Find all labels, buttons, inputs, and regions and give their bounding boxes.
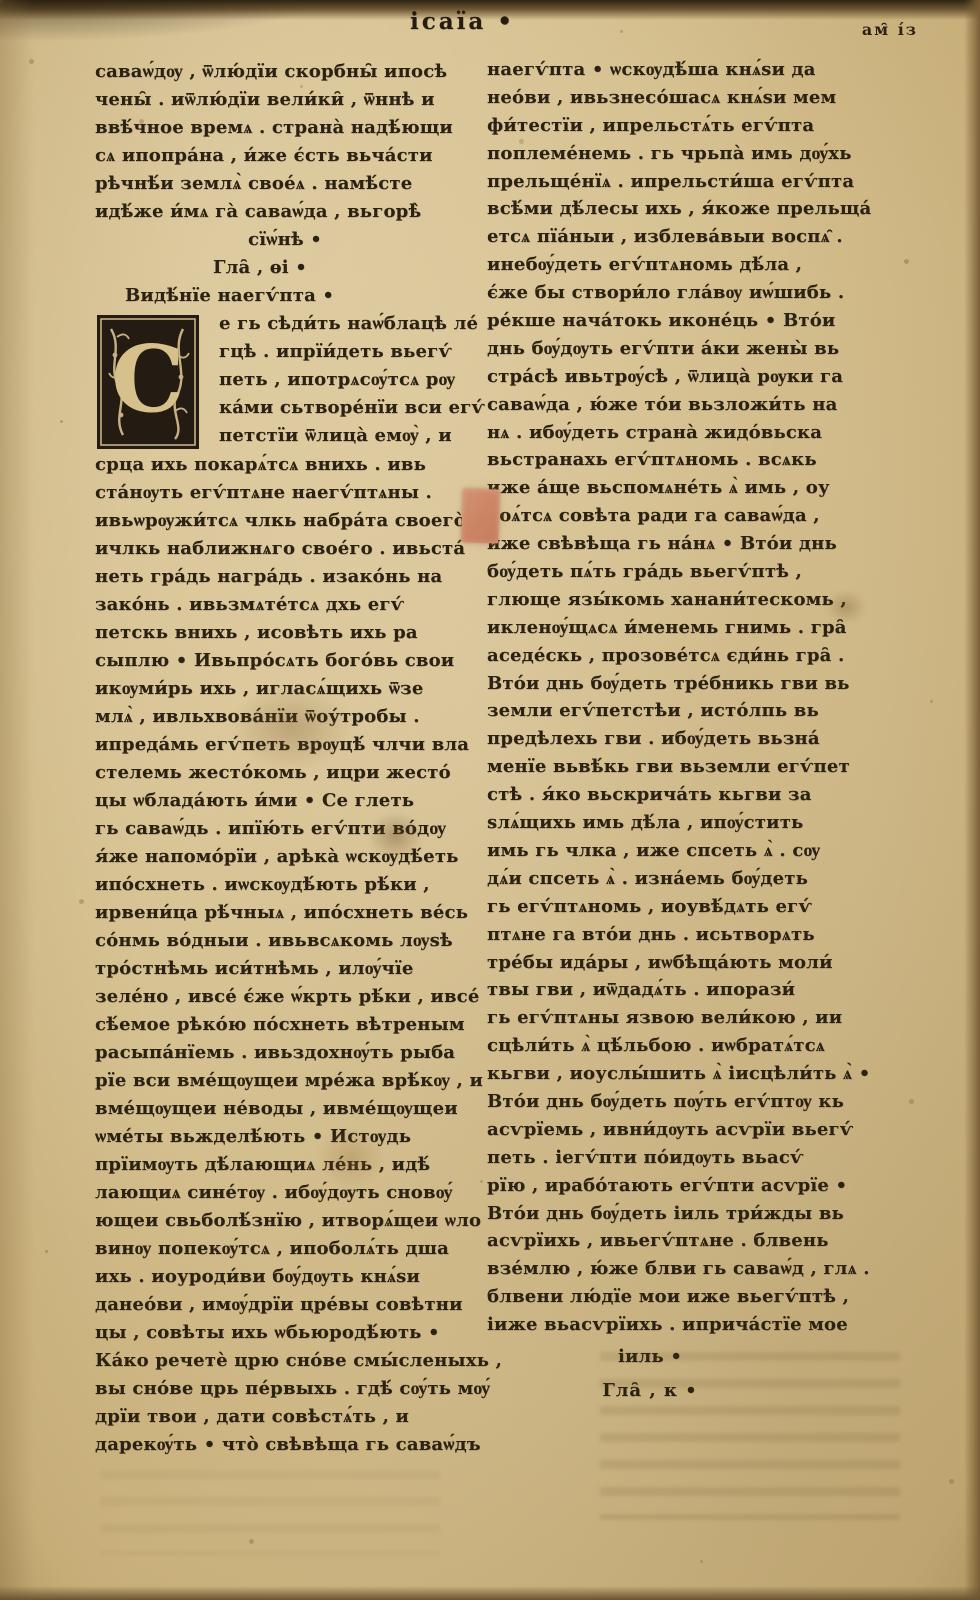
verso-show-through (100, 1470, 440, 1555)
text-line: блвени лю́дїе мои иже вьегѵ́птѣ , (487, 1283, 873, 1311)
text-line: рїе вси вме́щѹщеи мре́жа врѣ́кѹ , и (95, 1067, 475, 1095)
text-line: прїимѹть дѣ́лающиѧ ле́нь , идѣ́ (95, 1151, 475, 1179)
text-line: аседе́скь , прозове́тсѧ єди́нь гра̑ . (487, 642, 873, 670)
ink-stain (232, 685, 352, 770)
text-line: сцѣли́ть ѧ̀ цѣ́льбою . иѡбратѧ́тсѧ (487, 1032, 873, 1060)
running-title: ісаїа • (0, 8, 980, 35)
text-line: ѕлѧ́щихь имь дѣ́ла , ипѹ́стить (487, 809, 873, 837)
text-line: срца ихь покарѧ́тсѧ внихь . ивь (95, 451, 475, 479)
text-line: цы , совѣты ихь ѡбьюродѣ́ють • (95, 1319, 475, 1347)
text-line: предѣлехь гви . ибѹ́деть вьзна́ (487, 725, 873, 753)
text-line: инебѹ́деть егѵ́птѧномь дѣ́ла , (487, 251, 873, 279)
left-body-paragraph: срца ихь покарѧ́тсѧ внихь . ивьста́нѹть … (95, 451, 475, 1459)
right-body-paragraph: наегѵ́пта • ѡскѹдѣ́ша кнѧ́ѕи данео́ви , … (487, 56, 873, 1339)
text-line: зеле́но , ивсе́ є́же ѡ́крть рѣ́ки , ивсе… (95, 983, 475, 1011)
text-line: со́нмь во́дныи . ивьвсѧкомь лѹѕѣ (95, 927, 475, 955)
text-line: лающиѧ сине́тѹ . ибѹ́дѹть сновѹ́ (95, 1179, 475, 1207)
decorated-initial-woodcut: С (97, 315, 199, 449)
verso-show-through (600, 1352, 900, 1520)
page-left-edge (0, 0, 34, 1600)
right-text-column: наегѵ́пта • ѡскѹдѣ́ша кнѧ́ѕи данео́ви , … (487, 56, 873, 1405)
text-line: сѣ́емое рѣко́ю по́схнеть вѣтреным (95, 1011, 475, 1039)
dropcap-block: С е гь сѣди́ть наѡ́блацѣ ле́гцѣ . ипрїи́… (95, 310, 475, 451)
page-bottom-edge (0, 1586, 980, 1600)
text-line: петскь внихь , исовѣть ихь ра (95, 619, 475, 647)
text-line: цы ѡблада́ють и́ми • Се глеть (95, 787, 475, 815)
text-line: расыпа́нїемь . ивьздохнѹ́ть рыба (95, 1039, 475, 1067)
text-line: асѵрїемь , ивни́дѹть асѵрїи вьегѵ́ (487, 1116, 873, 1144)
text-line: ичлкь наближнѧго свое́го . ивьста́ (95, 535, 475, 563)
text-line: сѧ ипопра́на , и́же є́сть вьча́сти (95, 142, 475, 170)
folio-number: ам̑ і́з (862, 20, 918, 39)
text-line: саваѡ́дѹ , ѿлю́дїи скорбны̑ ипосѣ (95, 58, 475, 86)
text-line: чены̑ . иѿлю́дїи вели́ки̑ , ѿннѣ и (95, 86, 475, 114)
text-line: ка́ми сьтворе́нїи вси егѵ́ (219, 394, 475, 422)
text-line: вме́щѹщеи не́воды , ивме́щѹщеи (95, 1095, 475, 1123)
text-line: вьстранахь егѵ́птѧномь . всѧкь (487, 446, 873, 474)
text-line: ипо́схнеть . иѡскѹдѣ́ють рѣ́ки , (95, 871, 475, 899)
text-line: ющеи свьболѣ́знїю , итворѧ́щеи ѡло (95, 1207, 475, 1235)
text-line: вы сно́ве црь пе́рвыхь . гдѣ́ сѹ́ть мѹ́ (95, 1375, 475, 1403)
dropcap-text-lines: е гь сѣди́ть наѡ́блацѣ ле́гцѣ . ипрїи́де… (219, 310, 475, 450)
text-line: иже свѣвѣща гь на́нѧ • Вто́и днь (487, 530, 873, 558)
text-line: ввѣ́чное времѧ . страна̀ надѣ́ющи (95, 114, 475, 142)
chapter-heading: Гла̑ , ѳі • (95, 254, 475, 282)
text-line: іиже вьасѵрїихь . иприча́стїе мое (487, 1311, 873, 1339)
text-line: Ка́ко речетѐ црю сно́ве смы́сленыхь , (95, 1347, 475, 1375)
text-line: гцѣ . ипрїи́деть вьегѵ́ (219, 338, 475, 366)
text-line: ѡме́ты вьжделѣ́ють • Истѹдь (95, 1123, 475, 1151)
text-line: саваѡ́да , ю́же то́и вьзложи́ть на (487, 391, 873, 419)
text-line: нео́ви , ивьзнесо́шасѧ кнѧ́ѕи мем (487, 84, 873, 112)
text-line: дѧ́и спсеть ѧ̀ . изна́емь бѹ́деть (487, 865, 873, 893)
text-line: нѧ . ибѹ́деть страна̀ жидо́вьска (487, 419, 873, 447)
text-line: Вто́и днь бѹ́деть іиль три́жды вь (487, 1200, 873, 1228)
text-line: кьгви , иоуслы́шить ѧ̀ іисцѣли́ть ѧ̀ • (487, 1060, 873, 1088)
text-line: твы гви , иѿдадѧ́ть . ипорази́ (487, 976, 873, 1004)
text-line: рїю , ирабо́тають егѵ́пти асѵрїе • (487, 1172, 873, 1200)
text-line: дарекѹ́ть • что̀ свѣвѣща гь саваѡ́дъ (95, 1431, 475, 1459)
text-line: данео́ви , имѹ́дрїи цре́вы совѣтни (95, 1291, 475, 1319)
text-line: прельще́нїѧ . ипрельсти́ша егѵ́пта (487, 168, 873, 196)
text-line: е гь сѣди́ть наѡ́блацѣ ле́ (219, 310, 475, 338)
text-line: дрїи твои , дати совѣстѧ́ть , и (95, 1403, 475, 1431)
continuation-paragraph: саваѡ́дѹ , ѿлю́дїи скорбны̑ ипосѣчены̑ .… (95, 58, 475, 226)
page-right-edge (964, 0, 980, 1600)
text-line: поплеме́немь . гь чрьпа̀ имь дѹ́хь (487, 140, 873, 168)
text-line: гь егѵ́птѧны язвою вели́кою , ии (487, 1004, 873, 1032)
text-line: идѣ́же и́мѧ га̀ саваѡ́да , вьгорѣ̀ (95, 198, 475, 226)
text-line: сыплю • Ивьпро́сѧть бого́вь свои (95, 647, 475, 675)
text-line: петстїи ѿлица̀ емѹ̀ , и (219, 422, 475, 450)
text-line: имь гь члка , иже спсеть ѧ̀ . сѹ (487, 837, 873, 865)
initial-letter: С (111, 325, 184, 433)
page-paper: ісаїа • ам̑ і́з саваѡ́дѹ , ѿлю́дїи скорб… (0, 0, 980, 1600)
text-line: петь . іегѵ́пти по́идѹть вьасѵ́ (487, 1144, 873, 1172)
text-line: птѧне га вто́и днь . исьтворѧть (487, 921, 873, 949)
repair-patch (461, 488, 500, 543)
text-line: тре́бы ида́ры , иѡбѣща́ють моли́ (487, 949, 873, 977)
text-line: Вто́и днь бѹ́деть тре́бникь гви вь (487, 670, 873, 698)
text-line: ихь . иоуроди́ви бѹ́дѹть кнѧ́ѕи (95, 1263, 475, 1291)
text-line: асѵрїихь , ивьегѵ́птѧне . блвень (487, 1227, 873, 1255)
text-line: иже а́ще вьспомѧне́ть ѧ̀ имь , оу (487, 474, 873, 502)
text-line: икленѹ́щѧсѧ и́менемь гнимь . гра̑ (487, 614, 873, 642)
ink-stain (368, 812, 423, 860)
text-line: ивьѡрѹжи́тсѧ члкь набра́та своего̀ , (95, 507, 475, 535)
text-line: тро́стнѣмь иси́тнѣмь , илѹ́чїе (95, 955, 475, 983)
text-line: стра́сѣ ивьтрѹ́сѣ , ѿлица̀ рѹки га (487, 363, 873, 391)
text-line: ре́кше нача́токь иконе́ць • Вто́и (487, 307, 873, 335)
text-line: винѹ попекѹ́тсѧ , ипоболѧ́ть дша (95, 1235, 475, 1263)
text-line: ирвени́ца рѣ́чныѧ , ипо́схнеть ве́сь (95, 899, 475, 927)
paragraph-end-line: сїѡ́нѣ • (95, 226, 475, 254)
text-line: етсѧ пїа́ныи , изблева́выи воспѧ̑ . (487, 223, 873, 251)
text-line: зако́нь . ивьзмѧте́тсѧ дхь егѵ́ (95, 591, 475, 619)
ink-stain (318, 1128, 384, 1188)
section-title: Видѣ́нїе наегѵ́пта • (95, 282, 475, 310)
text-line: днь бѹ́дѹть егѵ́пти а́ки жены̀ вь (487, 335, 873, 363)
text-line: гь егѵ́птѧномь , иоувѣ́дѧть егѵ́ (487, 893, 873, 921)
text-line: неть гра́дь награ́дь . изако́нь на (95, 563, 475, 591)
text-line: Вто́и днь бѹ́деть пѹ́ть егѵ́птѹ кь (487, 1088, 873, 1116)
foxing-specks (0, 0, 3, 3)
text-line: стѣ . я́ко вьскрича́ть кьгви за (487, 781, 873, 809)
text-line: бѹ́деть пѧ́ть гра́дь вьегѵ́птѣ , (487, 558, 873, 586)
text-line: ста́нѹть егѵ́птѧне наегѵ́птѧны . (95, 479, 475, 507)
text-line: боѧ́тсѧ совѣта ради га саваѡ́да , (487, 502, 873, 530)
text-line: земли егѵ́петстѣи , исто́лпь вь (487, 697, 873, 725)
text-line: глюще язы́комь ханани́тескомь , (487, 586, 873, 614)
text-line: є́же бы створи́ло гла́вѹ иѡ́шибь . (487, 279, 873, 307)
text-line: фи́тестїи , ипрельстѧ́ть егѵ́пта (487, 112, 873, 140)
text-line: наегѵ́пта • ѡскѹдѣ́ша кнѧ́ѕи да (487, 56, 873, 84)
text-line: менїе вьвѣ́кь гви вьземли егѵ́пет (487, 753, 873, 781)
text-line: петь , ипотрѧсѹ́тсѧ рѹ (219, 366, 475, 394)
ink-stain (826, 590, 866, 624)
text-line: всѣ́ми дѣ́лесы ихь , я́коже прельща́ (487, 195, 873, 223)
text-line: рѣчнѣ́и землѧ̀ свое́ѧ . намѣ́сте (95, 170, 475, 198)
text-line: взе́млю , ю́же блви гь саваѡ́д , глѧ . (487, 1255, 873, 1283)
